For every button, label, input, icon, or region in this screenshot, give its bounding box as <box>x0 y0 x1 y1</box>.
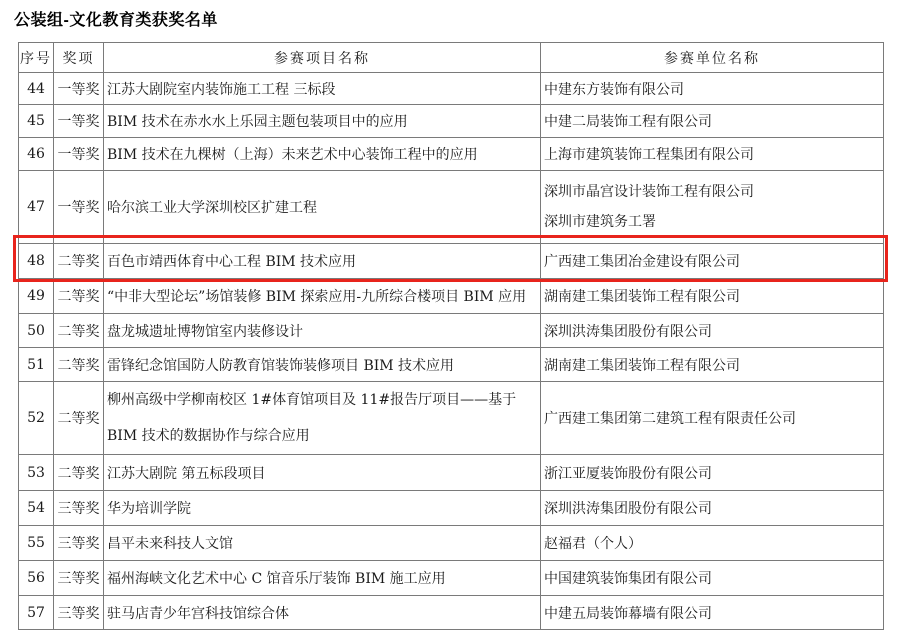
row-number: 45 <box>19 105 54 138</box>
unit-line: 中建东方装饰有限公司 <box>544 79 883 99</box>
project-line: BIM 技术在九棵树（上海）未来艺术中心装饰工程中的应用 <box>107 144 540 164</box>
project-line: 柳州高级中学柳南校区 1#体育馆项目及 11#报告厅项目——基于 <box>107 382 540 418</box>
unit-line: 深圳洪涛集团股份有限公司 <box>544 498 883 518</box>
header-award: 奖项 <box>54 43 104 73</box>
row-number: 57 <box>19 596 54 630</box>
row-number: 47 <box>19 171 54 244</box>
table-row: 50 二等奖 盘龙城遗址博物馆室内装修设计 深圳洪涛集团股份有限公司 <box>19 314 884 348</box>
award-level: 二等奖 <box>54 244 104 279</box>
project-name: 江苏大剧院室内装饰施工工程 三标段 <box>104 73 541 105</box>
header-project: 参赛项目名称 <box>104 43 541 73</box>
unit-name: 中建五局装饰幕墙有限公司 <box>541 596 884 630</box>
row-number: 52 <box>19 382 54 455</box>
award-level: 三等奖 <box>54 561 104 596</box>
table-row: 49 二等奖 “中非大型论坛”场馆装修 BIM 探索应用-九所综合楼项目 BIM… <box>19 279 884 314</box>
award-level: 一等奖 <box>54 138 104 171</box>
table-row: 57 三等奖 驻马店青少年宫科技馆综合体 中建五局装饰幕墙有限公司 <box>19 596 884 630</box>
table-row: 44 一等奖 江苏大剧院室内装饰施工工程 三标段 中建东方装饰有限公司 <box>19 73 884 105</box>
project-line: 江苏大剧院室内装饰施工工程 三标段 <box>107 79 540 99</box>
award-level: 二等奖 <box>54 314 104 348</box>
unit-name: 浙江亚厦装饰股份有限公司 <box>541 455 884 491</box>
award-level: 二等奖 <box>54 348 104 382</box>
table-row: 45 一等奖 BIM 技术在赤水水上乐园主题包装项目中的应用 中建二局装饰工程有… <box>19 105 884 138</box>
header-unit: 参赛单位名称 <box>541 43 884 73</box>
page-title: 公装组-文化教育类获奖名单 <box>14 7 218 30</box>
unit-name: 中建二局装饰工程有限公司 <box>541 105 884 138</box>
unit-line: 湖南建工集团装饰工程有限公司 <box>544 286 883 306</box>
unit-line: 深圳洪涛集团股份有限公司 <box>544 321 883 341</box>
project-name: 哈尔滨工业大学深圳校区扩建工程 <box>104 171 541 244</box>
table-row-highlighted: 48 二等奖 百色市靖西体育中心工程 BIM 技术应用 广西建工集团冶金建设有限… <box>19 244 884 279</box>
unit-line: 湖南建工集团装饰工程有限公司 <box>544 355 883 375</box>
project-name: 雷锋纪念馆国防人防教育馆装饰装修项目 BIM 技术应用 <box>104 348 541 382</box>
project-line: 华为培训学院 <box>107 498 540 518</box>
award-level: 三等奖 <box>54 526 104 561</box>
project-name: BIM 技术在赤水水上乐园主题包装项目中的应用 <box>104 105 541 138</box>
row-number: 51 <box>19 348 54 382</box>
project-name: “中非大型论坛”场馆装修 BIM 探索应用-九所综合楼项目 BIM 应用 <box>104 279 541 314</box>
unit-name: 湖南建工集团装饰工程有限公司 <box>541 279 884 314</box>
unit-line: 中建五局装饰幕墙有限公司 <box>544 603 883 623</box>
award-level: 一等奖 <box>54 73 104 105</box>
unit-name: 中国建筑装饰集团有限公司 <box>541 561 884 596</box>
row-number: 50 <box>19 314 54 348</box>
project-line: 百色市靖西体育中心工程 BIM 技术应用 <box>107 251 540 271</box>
project-line: 江苏大剧院 第五标段项目 <box>107 463 540 483</box>
project-name: 柳州高级中学柳南校区 1#体育馆项目及 11#报告厅项目——基于 BIM 技术的… <box>104 382 541 455</box>
table-header-row: 序号 奖项 参赛项目名称 参赛单位名称 <box>19 43 884 73</box>
project-name: 驻马店青少年宫科技馆综合体 <box>104 596 541 630</box>
unit-line: 广西建工集团第二建筑工程有限责任公司 <box>544 408 883 428</box>
project-line: 盘龙城遗址博物馆室内装修设计 <box>107 321 540 341</box>
unit-name: 赵福君（个人） <box>541 526 884 561</box>
table-row: 46 一等奖 BIM 技术在九棵树（上海）未来艺术中心装饰工程中的应用 上海市建… <box>19 138 884 171</box>
award-level: 二等奖 <box>54 279 104 314</box>
project-line: 昌平未来科技人文馆 <box>107 533 540 553</box>
unit-name: 上海市建筑装饰工程集团有限公司 <box>541 138 884 171</box>
unit-line: 深圳市晶宫设计装饰工程有限公司 <box>544 177 883 207</box>
project-line: BIM 技术的数据协作与综合应用 <box>107 418 540 454</box>
unit-name: 深圳洪涛集团股份有限公司 <box>541 491 884 526</box>
project-name: 华为培训学院 <box>104 491 541 526</box>
project-name: 百色市靖西体育中心工程 BIM 技术应用 <box>104 244 541 279</box>
award-level: 三等奖 <box>54 491 104 526</box>
table-row: 53 二等奖 江苏大剧院 第五标段项目 浙江亚厦装饰股份有限公司 <box>19 455 884 491</box>
unit-line: 广西建工集团冶金建设有限公司 <box>544 251 883 271</box>
row-number: 48 <box>19 244 54 279</box>
project-line: 福州海峡文化艺术中心 C 馆音乐厅装饰 BIM 施工应用 <box>107 568 540 588</box>
table-row: 51 二等奖 雷锋纪念馆国防人防教育馆装饰装修项目 BIM 技术应用 湖南建工集… <box>19 348 884 382</box>
project-line: “中非大型论坛”场馆装修 BIM 探索应用-九所综合楼项目 BIM 应用 <box>107 286 540 306</box>
unit-name: 湖南建工集团装饰工程有限公司 <box>541 348 884 382</box>
row-number: 44 <box>19 73 54 105</box>
project-line: 哈尔滨工业大学深圳校区扩建工程 <box>107 197 540 217</box>
table-row: 47 一等奖 哈尔滨工业大学深圳校区扩建工程 深圳市晶宫设计装饰工程有限公司 深… <box>19 171 884 244</box>
table-row: 56 三等奖 福州海峡文化艺术中心 C 馆音乐厅装饰 BIM 施工应用 中国建筑… <box>19 561 884 596</box>
award-level: 三等奖 <box>54 596 104 630</box>
row-number: 49 <box>19 279 54 314</box>
unit-name: 广西建工集团冶金建设有限公司 <box>541 244 884 279</box>
table-row: 55 三等奖 昌平未来科技人文馆 赵福君（个人） <box>19 526 884 561</box>
unit-name: 中建东方装饰有限公司 <box>541 73 884 105</box>
project-name: 盘龙城遗址博物馆室内装修设计 <box>104 314 541 348</box>
row-number: 54 <box>19 491 54 526</box>
unit-line: 中建二局装饰工程有限公司 <box>544 111 883 131</box>
row-number: 55 <box>19 526 54 561</box>
award-table: 序号 奖项 参赛项目名称 参赛单位名称 44 一等奖 江苏大剧院室内装饰施工工程… <box>18 42 884 630</box>
table-row: 52 二等奖 柳州高级中学柳南校区 1#体育馆项目及 11#报告厅项目——基于 … <box>19 382 884 455</box>
project-line: BIM 技术在赤水水上乐园主题包装项目中的应用 <box>107 111 540 131</box>
header-no: 序号 <box>19 43 54 73</box>
unit-name: 广西建工集团第二建筑工程有限责任公司 <box>541 382 884 455</box>
row-number: 53 <box>19 455 54 491</box>
unit-line: 深圳市建筑务工署 <box>544 207 883 237</box>
unit-line: 上海市建筑装饰工程集团有限公司 <box>544 144 883 164</box>
row-number: 46 <box>19 138 54 171</box>
project-line: 驻马店青少年宫科技馆综合体 <box>107 603 540 623</box>
table-row: 54 三等奖 华为培训学院 深圳洪涛集团股份有限公司 <box>19 491 884 526</box>
unit-line: 浙江亚厦装饰股份有限公司 <box>544 463 883 483</box>
unit-name: 深圳市晶宫设计装饰工程有限公司 深圳市建筑务工署 <box>541 171 884 244</box>
award-level: 二等奖 <box>54 455 104 491</box>
project-name: 昌平未来科技人文馆 <box>104 526 541 561</box>
project-line: 雷锋纪念馆国防人防教育馆装饰装修项目 BIM 技术应用 <box>107 355 540 375</box>
project-name: 福州海峡文化艺术中心 C 馆音乐厅装饰 BIM 施工应用 <box>104 561 541 596</box>
document-page: 公装组-文化教育类获奖名单 序号 奖项 参赛项目名称 参赛单位名称 44 一等奖… <box>0 0 900 636</box>
project-name: BIM 技术在九棵树（上海）未来艺术中心装饰工程中的应用 <box>104 138 541 171</box>
unit-name: 深圳洪涛集团股份有限公司 <box>541 314 884 348</box>
unit-line: 中国建筑装饰集团有限公司 <box>544 568 883 588</box>
award-level: 一等奖 <box>54 105 104 138</box>
award-level: 一等奖 <box>54 171 104 244</box>
award-level: 二等奖 <box>54 382 104 455</box>
row-number: 56 <box>19 561 54 596</box>
project-name: 江苏大剧院 第五标段项目 <box>104 455 541 491</box>
unit-line: 赵福君（个人） <box>544 533 883 553</box>
